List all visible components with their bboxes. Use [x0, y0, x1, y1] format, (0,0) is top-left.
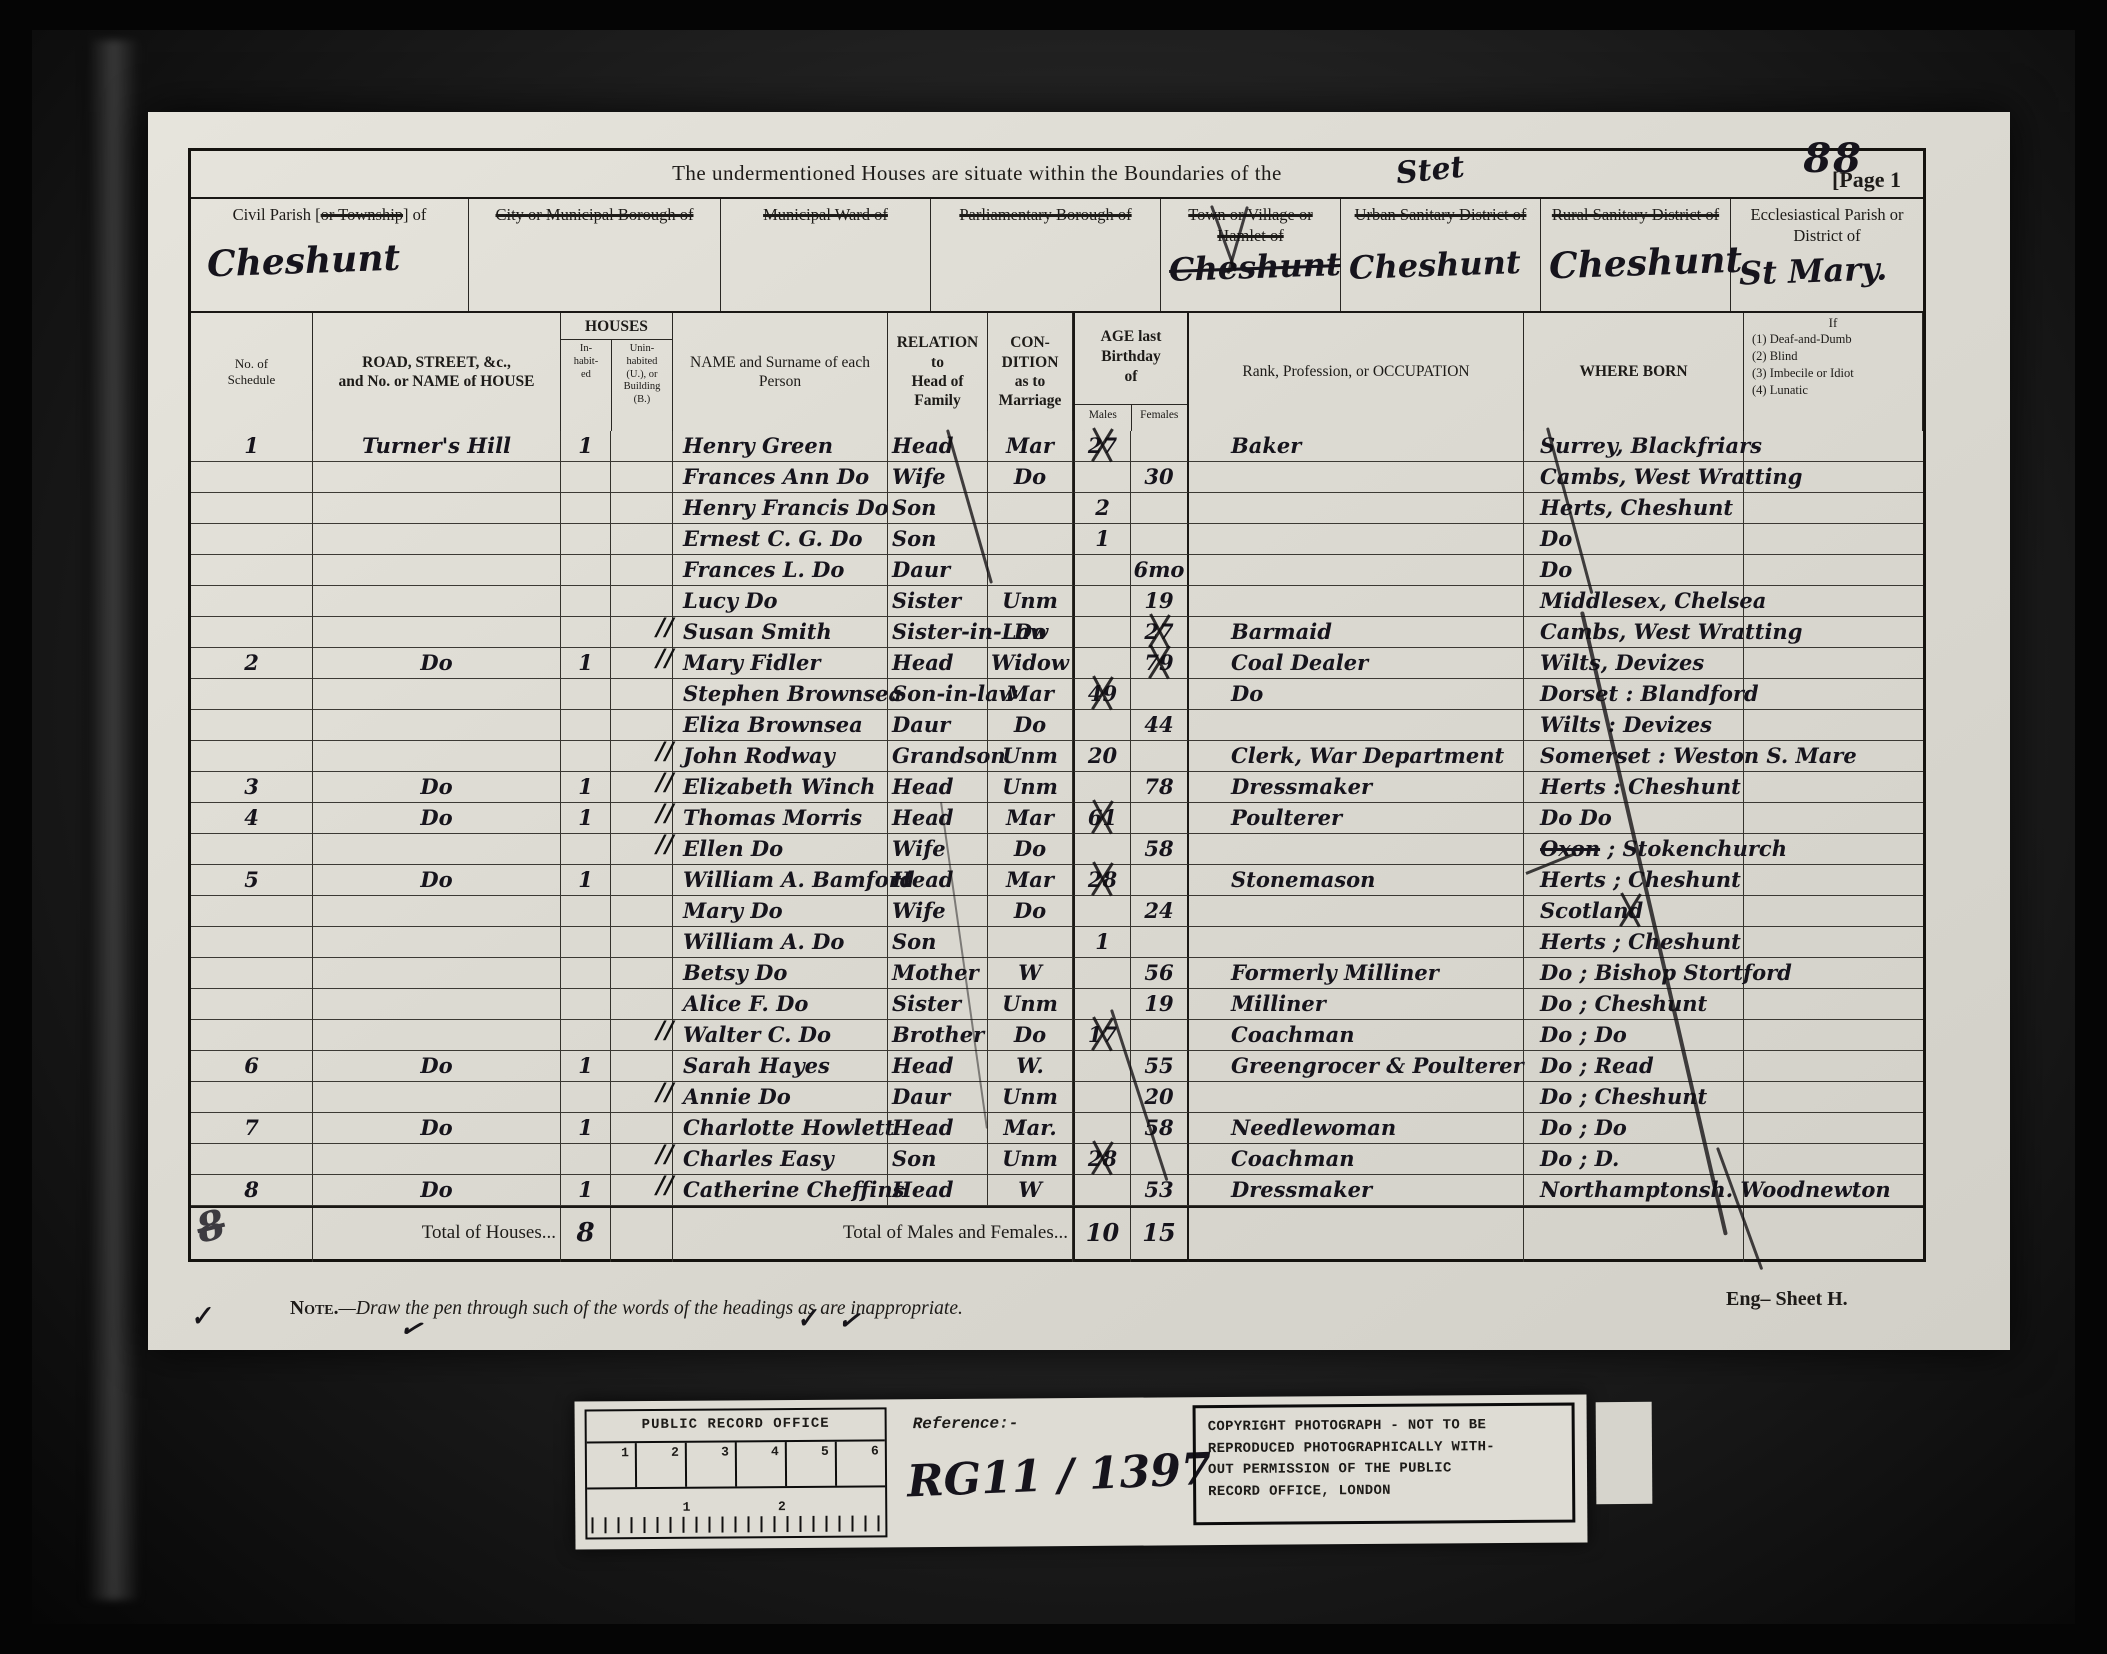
field-label-struck: Municipal Ward of — [763, 205, 888, 224]
age-male-value — [1073, 1051, 1131, 1082]
houses-inhabited-value: 1 — [561, 772, 611, 803]
person-name: Mary Fidler — [673, 648, 888, 679]
houses-inhabited-value — [561, 896, 611, 927]
table-row: 7 Do 1 Charlotte Howlett Head Mar. 58 Ne… — [191, 1113, 1923, 1144]
infirmity-value — [1744, 1020, 1923, 1051]
person-name: Catherine Cheffins — [673, 1175, 888, 1206]
houses-inhabited-value — [561, 493, 611, 524]
age-female-value: 56 — [1131, 958, 1189, 989]
schedule-number: 7 — [191, 1113, 313, 1144]
relation-value: Daur — [888, 555, 988, 586]
age-female-value: 6mo — [1131, 555, 1189, 586]
occupation-value: Dressmaker — [1189, 772, 1524, 803]
condition-value — [988, 524, 1073, 555]
infirmity-value — [1744, 617, 1923, 648]
table-row: Mary Do Wife Do 24 Scotland — [191, 896, 1923, 927]
infirmity-value — [1744, 834, 1923, 865]
reference-label: Reference:- — [913, 1414, 1019, 1433]
col-header-road: ROAD, STREET, &c., and No. or NAME of HO… — [313, 313, 561, 431]
ruler-number: 6 — [837, 1441, 885, 1485]
condition-value: Mar — [988, 803, 1073, 834]
infirmity-value — [1744, 493, 1923, 524]
relation-value: Head — [888, 1113, 988, 1144]
table-row: 5 Do 1 William A. Bamford Head Mar 28 St… — [191, 865, 1923, 896]
age-female-value: 44 — [1131, 710, 1189, 741]
age-male-value — [1073, 1113, 1131, 1144]
footer-note: Note.—Draw the pen through such of the w… — [290, 1298, 963, 1320]
age-male-value: 1 — [1073, 927, 1131, 958]
age-female-value: 79 — [1131, 648, 1189, 679]
table-row: Charles Easy Son Unm 28 Coachman Do ; D. — [191, 1144, 1923, 1175]
infirmity-value — [1744, 555, 1923, 586]
road-street-value — [313, 1020, 561, 1051]
table-row: Stephen Brownsea Son-in-law Mar 49 Do Do… — [191, 679, 1923, 710]
age-female-value: 55 — [1131, 1051, 1189, 1082]
where-born-value: Wilts : Devizes — [1524, 710, 1744, 741]
age-female-value: 58 — [1131, 834, 1189, 865]
person-name: Sarah Hayes — [673, 1051, 888, 1082]
occupation-value: Coal Dealer — [1189, 648, 1524, 679]
person-name: Ernest C. G. Do — [673, 524, 888, 555]
infirmity-value — [1744, 586, 1923, 617]
table-row: 6 Do 1 Sarah Hayes Head W. 55 Greengroce… — [191, 1051, 1923, 1082]
houses-inhabited-value: 1 — [561, 1113, 611, 1144]
occupation-value — [1189, 493, 1524, 524]
col-header-males: Males — [1075, 405, 1132, 431]
where-born-value: Herts ; Cheshunt — [1524, 865, 1744, 896]
table-row: Frances Ann Do Wife Do 30 Cambs, West Wr… — [191, 462, 1923, 493]
condition-value: Mar. — [988, 1113, 1073, 1144]
occupation-value: Stonemason — [1189, 865, 1524, 896]
houses-inhabited-value — [561, 679, 611, 710]
schedule-number — [191, 462, 313, 493]
infirmity-value — [1744, 865, 1923, 896]
where-born-value: Herts : Cheshunt — [1524, 772, 1744, 803]
houses-inhabited-value: 1 — [561, 431, 611, 462]
copyright-line: REPRODUCED PHOTOGRAPHICALLY WITH- — [1208, 1436, 1572, 1460]
table-row: 3 Do 1 Elizabeth Winch Head Unm 78 Dress… — [191, 772, 1923, 803]
houses-inhabited-value — [561, 927, 611, 958]
where-born-value: Do ; Do — [1524, 1020, 1744, 1051]
ruler-number: 3 — [687, 1442, 737, 1486]
col-header-name: NAME and Surname of each Person — [673, 313, 888, 431]
relation-value: Sister — [888, 586, 988, 617]
condition-value: Unm — [988, 772, 1073, 803]
houses-inhabited-value — [561, 834, 611, 865]
col-header-age: AGE last Birthday of Males Females — [1073, 313, 1189, 431]
schedule-number — [191, 524, 313, 555]
houses-uninhabited-value — [611, 927, 673, 958]
infirmity-value — [1744, 710, 1923, 741]
person-name: Mary Do — [673, 896, 888, 927]
field-label: Ecclesiastical Parish or District of — [1750, 205, 1903, 245]
field-label-struck: Urban Sanitary District of — [1355, 205, 1527, 224]
relation-value: Son — [888, 927, 988, 958]
person-name: Frances L. Do — [673, 555, 888, 586]
age-male-value — [1073, 834, 1131, 865]
occupation-value — [1189, 710, 1524, 741]
person-name: Walter C. Do — [673, 1020, 888, 1051]
field-label-struck: Rural Sanitary District of — [1552, 205, 1719, 224]
table-row: Frances L. Do Daur 6mo Do — [191, 555, 1923, 586]
condition-value: Do — [988, 710, 1073, 741]
person-name: Charles Easy — [673, 1144, 888, 1175]
road-street-value: Turner's Hill — [313, 431, 561, 462]
col-header-occupation: Rank, Profession, or OCCUPATION — [1189, 313, 1524, 431]
ruler-number: 5 — [787, 1442, 837, 1486]
age-male-value: 49 — [1073, 679, 1131, 710]
road-street-value: Do — [313, 772, 561, 803]
person-name: Alice F. Do — [673, 989, 888, 1020]
occupation-value: Dressmaker — [1189, 1175, 1524, 1206]
infirmity-value — [1744, 1051, 1923, 1082]
age-female-value — [1131, 431, 1189, 462]
total-males-females-label: Total of Males and Females... — [673, 1208, 1073, 1262]
houses-inhabited-value: 1 — [561, 1175, 611, 1206]
age-male-value: 61 — [1073, 803, 1131, 834]
age-male-value: 20 — [1073, 741, 1131, 772]
person-name: Ellen Do — [673, 834, 888, 865]
road-street-value: Do — [313, 803, 561, 834]
occupation-value — [1189, 1082, 1524, 1113]
age-male-value: 2 — [1073, 493, 1131, 524]
occupation-value: Coachman — [1189, 1144, 1524, 1175]
road-street-value — [313, 524, 561, 555]
where-born-value: Do ; Cheshunt — [1524, 1082, 1744, 1113]
ruler-number: 4 — [737, 1442, 787, 1486]
totals-born-cell — [1524, 1208, 1744, 1262]
ruler-number: 1 — [587, 1443, 637, 1487]
relation-value: Grandson — [888, 741, 988, 772]
relation-value: Son — [888, 1144, 988, 1175]
card-end-tab — [1596, 1402, 1653, 1504]
relation-value: Sister-in-Law — [888, 617, 988, 648]
condition-value: Do — [988, 1020, 1073, 1051]
schedule-number — [191, 679, 313, 710]
relation-value: Daur — [888, 710, 988, 741]
houses-inhabited-value — [561, 958, 611, 989]
relation-value: Sister — [888, 989, 988, 1020]
age-male-value — [1073, 586, 1131, 617]
person-name: Charlotte Howlett — [673, 1113, 888, 1144]
census-scan-screen: The undermentioned Houses are situate wi… — [0, 0, 2107, 1654]
schedule-number — [191, 989, 313, 1020]
table-row: 4 Do 1 Thomas Morris Head Mar 61 Poulter… — [191, 803, 1923, 834]
infirmity-lines: (1) Deaf-and-Dumb (2) Blind (3) Imbecile… — [1746, 331, 1920, 399]
check-mark: ✓ — [836, 1305, 861, 1337]
infirmity-value — [1744, 462, 1923, 493]
houses-uninhabited-value — [611, 896, 673, 927]
schedule-number — [191, 555, 313, 586]
road-street-value — [313, 927, 561, 958]
record-office-title: PUBLIC RECORD OFFICE — [587, 1415, 885, 1433]
houses-inhabited-value — [561, 741, 611, 772]
where-born-value: Dorset : Blandford — [1524, 679, 1744, 710]
infirmity-value — [1744, 803, 1923, 834]
occupation-value: Clerk, War Department — [1189, 741, 1524, 772]
condition-value: Unm — [988, 741, 1073, 772]
col-header-inhabited: In- habit- ed — [561, 340, 612, 431]
houses-inhabited-value — [561, 710, 611, 741]
copyright-notice: COPYRIGHT PHOTOGRAPH - NOT TO BE REPRODU… — [1193, 1403, 1576, 1526]
total-houses-label: Total of Houses... — [313, 1208, 561, 1262]
totals-infirmity-cell — [1744, 1208, 1923, 1262]
road-street-value: Do — [313, 1051, 561, 1082]
road-street-value — [313, 1082, 561, 1113]
schedule-number — [191, 617, 313, 648]
road-street-value — [313, 617, 561, 648]
sheet-label: Eng– Sheet H. — [1726, 1288, 1848, 1311]
infirmity-value — [1744, 1144, 1923, 1175]
ruler-sub-number: 2 — [778, 1499, 786, 1514]
where-born-value: Scotland — [1524, 896, 1744, 927]
occupation-value — [1189, 524, 1524, 555]
ruler-ticks — [591, 1515, 881, 1533]
where-born-value: Do ; Read — [1524, 1051, 1744, 1082]
check-mark: ✓ — [188, 1301, 214, 1334]
houses-inhabited-value — [561, 1082, 611, 1113]
age-female-value: 30 — [1131, 462, 1189, 493]
occupation-value: Greengrocer & Poulterer — [1189, 1051, 1524, 1082]
condition-value: Widow — [988, 648, 1073, 679]
reference-value: RG11 / 1397 — [906, 1444, 1212, 1508]
relation-value: Head — [888, 865, 988, 896]
person-name: Elizabeth Winch — [673, 772, 888, 803]
where-born-value: Do ; Bishop Stortford — [1524, 958, 1744, 989]
condition-value: Do — [988, 896, 1073, 927]
field-rural-sanitary: Rural Sanitary District of Cheshunt — [1541, 199, 1731, 311]
occupation-value — [1189, 586, 1524, 617]
where-born-value: Do ; Do — [1524, 1113, 1744, 1144]
person-name: John Rodway — [673, 741, 888, 772]
occupation-value: Coachman — [1189, 1020, 1524, 1051]
table-row: Walter C. Do Brother Do 17 Coachman Do ;… — [191, 1020, 1923, 1051]
relation-value: Head — [888, 648, 988, 679]
relation-value: Son-in-law — [888, 679, 988, 710]
houses-inhabited-value — [561, 1144, 611, 1175]
where-born-value: Herts ; Cheshunt — [1524, 927, 1744, 958]
age-male-value — [1073, 958, 1131, 989]
occupation-value — [1189, 555, 1524, 586]
relation-value: Son — [888, 524, 988, 555]
total-females-value: 15 — [1131, 1208, 1189, 1262]
occupation-value: Baker — [1189, 431, 1524, 462]
infirmity-value — [1744, 679, 1923, 710]
person-name: Betsy Do — [673, 958, 888, 989]
age-female-value — [1131, 524, 1189, 555]
condition-value: Unm — [988, 1144, 1073, 1175]
person-name: Henry Francis Do — [673, 493, 888, 524]
note-label: Note. — [290, 1298, 339, 1319]
age-female-value: 53 — [1131, 1175, 1189, 1206]
houses-uninhabited-value — [611, 865, 673, 896]
where-born-value: Cambs, West Wratting — [1524, 617, 1744, 648]
age-male-value: 28 — [1073, 865, 1131, 896]
road-street-value: Do — [313, 648, 561, 679]
age-male-value: 27 — [1073, 431, 1131, 462]
totals-margin-cell: 8 — [191, 1208, 313, 1262]
col-header-infirmity: If (1) Deaf-and-Dumb (2) Blind (3) Imbec… — [1744, 313, 1923, 431]
header-fields-row: Civil Parish [or Township] of Cheshunt C… — [191, 199, 1923, 313]
condition-value: W. — [988, 1051, 1073, 1082]
field-municipal-ward: Municipal Ward of — [721, 199, 931, 311]
occupation-value: Needlewoman — [1189, 1113, 1524, 1144]
table-row: Ellen Do Wife Do 58 Oxon ; Stokenchurch — [191, 834, 1923, 865]
table-row: Susan Smith Sister-in-Law Do 27 Barmaid … — [191, 617, 1923, 648]
ruler-box: PUBLIC RECORD OFFICE 1 2 3 4 5 6 1 2 — [585, 1407, 888, 1539]
schedule-number: 3 — [191, 772, 313, 803]
age-male-value — [1073, 896, 1131, 927]
field-label-struck: or Township — [321, 205, 403, 224]
col-header-uninhabited: Unin- habited (U.), or Building (B.) — [612, 340, 672, 431]
road-street-value — [313, 710, 561, 741]
table-row: 8 Do 1 Catherine Cheffins Head W 53 Dres… — [191, 1175, 1923, 1206]
schedule-number — [191, 927, 313, 958]
person-name: Henry Green — [673, 431, 888, 462]
schedule-number — [191, 834, 313, 865]
houses-uninhabited-value — [611, 493, 673, 524]
age-subcolumns: Males Females — [1075, 404, 1187, 431]
houses-uninhabited-value — [611, 431, 673, 462]
table-row: John Rodway Grandson Unm 20 Clerk, War D… — [191, 741, 1923, 772]
infirmity-value — [1744, 431, 1923, 462]
total-males-value: 10 — [1073, 1208, 1131, 1262]
field-label-struck: Town or Village or Hamlet of — [1188, 205, 1312, 245]
person-name: William A. Do — [673, 927, 888, 958]
infirmity-value — [1744, 648, 1923, 679]
schedule-number: 4 — [191, 803, 313, 834]
age-female-value: 27 — [1131, 617, 1189, 648]
relation-value: Head — [888, 1051, 988, 1082]
infirmity-value — [1744, 772, 1923, 803]
schedule-number — [191, 1144, 313, 1175]
houses-inhabited-value — [561, 586, 611, 617]
field-label-struck: Parliamentary Borough of — [959, 205, 1131, 224]
person-name: William A. Bamford — [673, 865, 888, 896]
houses-uninhabited-value — [611, 958, 673, 989]
civil-parish-value: Cheshunt — [206, 236, 401, 288]
condition-value: Unm — [988, 1082, 1073, 1113]
field-urban-sanitary: Urban Sanitary District of Cheshunt — [1341, 199, 1541, 311]
table-row: Annie Do Daur Unm 20 Do ; Cheshunt — [191, 1082, 1923, 1113]
age-female-value: 24 — [1131, 896, 1189, 927]
table-body: 1 Turner's Hill 1 Henry Green Head Mar 2… — [191, 431, 1923, 1206]
record-office-card: PUBLIC RECORD OFFICE 1 2 3 4 5 6 1 2 Ref… — [574, 1394, 1587, 1549]
road-street-value — [313, 896, 561, 927]
occupation-value: Barmaid — [1189, 617, 1524, 648]
age-female-value: 19 — [1131, 586, 1189, 617]
infirmity-value — [1744, 524, 1923, 555]
houses-uninhabited-value — [611, 679, 673, 710]
condition-value — [988, 493, 1073, 524]
col-header-where-born: WHERE BORN — [1524, 313, 1744, 431]
field-municipal-borough: City or Municipal Borough of — [469, 199, 721, 311]
table-row: Ernest C. G. Do Son 1 Do — [191, 524, 1923, 555]
occupation-value — [1189, 834, 1524, 865]
rural-sanitary-value: Cheshunt — [1548, 238, 1743, 290]
field-label: Civil Parish [ — [233, 205, 321, 224]
age-female-value: 78 — [1131, 772, 1189, 803]
road-street-value — [313, 555, 561, 586]
table-row: Alice F. Do Sister Unm 19 Milliner Do ; … — [191, 989, 1923, 1020]
table-row: Lucy Do Sister Unm 19 Middlesex, Chelsea — [191, 586, 1923, 617]
person-name: Annie Do — [673, 1082, 888, 1113]
occupation-value: Poulterer — [1189, 803, 1524, 834]
totals-spacer — [611, 1208, 673, 1262]
road-street-value: Do — [313, 1175, 561, 1206]
census-form-paper: The undermentioned Houses are situate wi… — [148, 112, 2010, 1350]
houses-inhabited-value — [561, 1020, 611, 1051]
totals-row: 8 Total of Houses... 8 Total of Males an… — [191, 1206, 1923, 1262]
schedule-number — [191, 741, 313, 772]
title-row: The undermentioned Houses are situate wi… — [191, 151, 1923, 199]
infirmity-value — [1744, 1113, 1923, 1144]
schedule-number — [191, 958, 313, 989]
field-civil-parish: Civil Parish [or Township] of Cheshunt — [191, 199, 469, 311]
occupation-value — [1189, 462, 1524, 493]
road-street-value — [313, 958, 561, 989]
houses-uninhabited-value — [611, 524, 673, 555]
urban-sanitary-value: Cheshunt — [1348, 242, 1521, 288]
table-row: 2 Do 1 Mary Fidler Head Widow 79 Coal De… — [191, 648, 1923, 679]
col-header-schedule: No. of Schedule — [191, 313, 313, 431]
table-row: Henry Francis Do Son 2 Herts, Cheshunt — [191, 493, 1923, 524]
age-male-value — [1073, 617, 1131, 648]
condition-value: Unm — [988, 989, 1073, 1020]
schedule-number: 5 — [191, 865, 313, 896]
ruler-sub-number: 1 — [683, 1500, 691, 1515]
col-header-condition: CON- DITION as to Marriage — [988, 313, 1073, 431]
schedule-number — [191, 1082, 313, 1113]
age-male-value — [1073, 648, 1131, 679]
ruler-scale: 1 2 3 4 5 6 — [587, 1439, 885, 1489]
relation-value: Wife — [888, 462, 988, 493]
age-female-value — [1131, 679, 1189, 710]
infirmity-if-label: If — [1746, 315, 1920, 331]
condition-value: Do — [988, 462, 1073, 493]
condition-value: Unm — [988, 586, 1073, 617]
condition-value: Mar — [988, 865, 1073, 896]
condition-value: Mar — [988, 679, 1073, 710]
road-street-value — [313, 834, 561, 865]
road-street-value — [313, 989, 561, 1020]
age-female-value — [1131, 1020, 1189, 1051]
schedule-number — [191, 896, 313, 927]
where-born-value: Do — [1524, 524, 1744, 555]
occupation-value: Formerly Milliner — [1189, 958, 1524, 989]
age-male-value — [1073, 1082, 1131, 1113]
houses-subcolumns: In- habit- ed Unin- habited (U.), or Bui… — [561, 339, 672, 431]
schedule-number — [191, 710, 313, 741]
occupation-value: Milliner — [1189, 989, 1524, 1020]
totals-occupation-cell — [1189, 1208, 1524, 1262]
copyright-line: OUT PERMISSION OF THE PUBLIC — [1208, 1458, 1572, 1482]
infirmity-value — [1744, 741, 1923, 772]
schedule-number: 1 — [191, 431, 313, 462]
total-houses-value: 8 — [561, 1208, 611, 1262]
column-header-row: No. of Schedule ROAD, STREET, &c., and N… — [191, 313, 1923, 431]
where-born-value: Do — [1524, 555, 1744, 586]
age-female-value — [1131, 865, 1189, 896]
field-parliamentary-borough: Parliamentary Borough of — [931, 199, 1161, 311]
where-born-value: Do ; Cheshunt — [1524, 989, 1744, 1020]
schedule-number — [191, 586, 313, 617]
age-female-value — [1131, 927, 1189, 958]
road-street-value: Do — [313, 865, 561, 896]
person-name: Frances Ann Do — [673, 462, 888, 493]
houses-inhabited-value — [561, 617, 611, 648]
age-female-value — [1131, 493, 1189, 524]
